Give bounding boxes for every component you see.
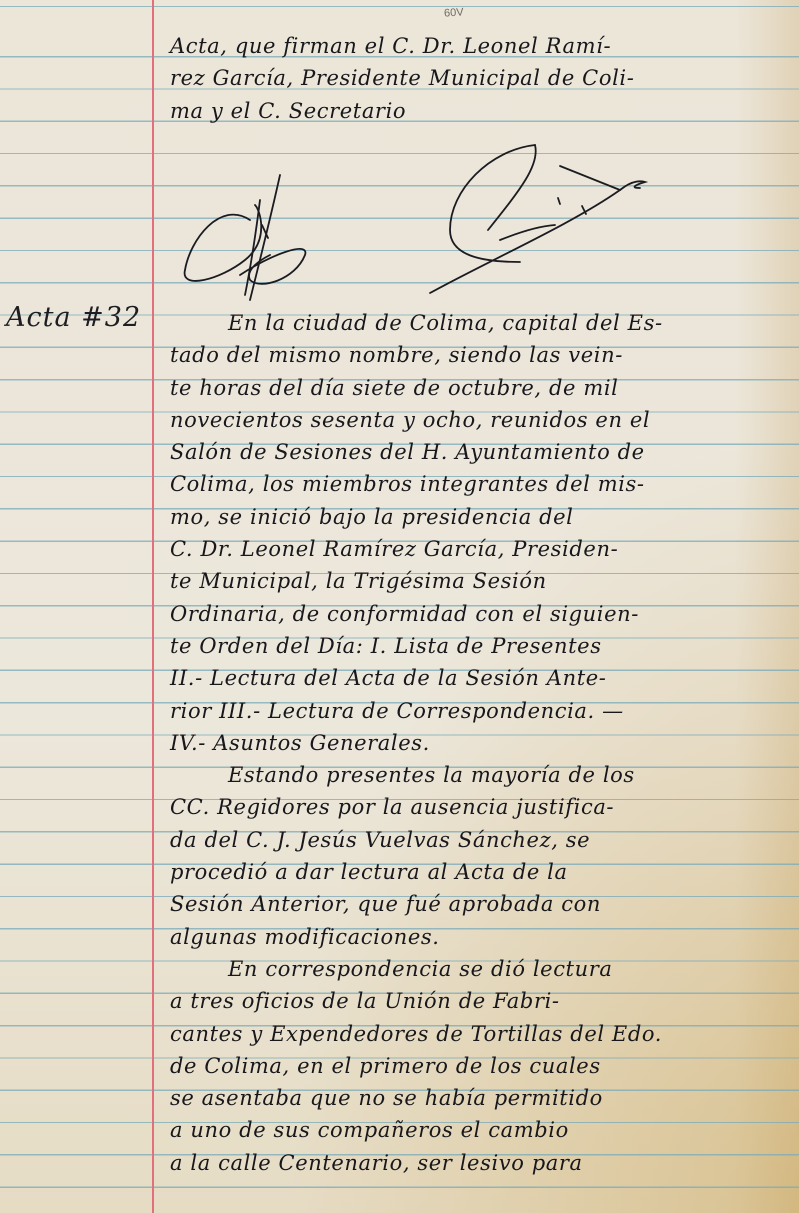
handwritten-line: ma y el C. Secretario — [170, 95, 790, 127]
handwritten-line: Sesión Anterior, que fué aprobada con — [170, 888, 790, 920]
handwritten-line: tado del mismo nombre, siendo las vein- — [170, 339, 790, 371]
handwritten-line: procedió a dar lectura al Acta de la — [170, 856, 790, 888]
handwritten-line: da del C. J. Jesús Vuelvas Sánchez, se — [170, 824, 790, 856]
page-annotation: 60V — [444, 6, 464, 19]
handwritten-line: cantes y Expendedores de Tortillas del E… — [170, 1018, 790, 1050]
handwritten-line: te horas del día siete de octubre, de mi… — [170, 372, 790, 404]
handwritten-line: Salón de Sesiones del H. Ayuntamiento de — [170, 436, 790, 468]
handwritten-line: algunas modificaciones. — [170, 921, 790, 953]
handwritten-line: mo, se inició bajo la presidencia del — [170, 501, 790, 533]
handwritten-line: Estando presentes la mayoría de los — [170, 759, 790, 791]
handwritten-line: a uno de sus compañeros el cambio — [170, 1114, 790, 1146]
handwritten-line: Colima, los miembros integrantes del mis… — [170, 468, 790, 500]
handwritten-line: a tres oficios de la Unión de Fabri- — [170, 985, 790, 1017]
handwritten-line: a la calle Centenario, ser lesivo para — [170, 1147, 790, 1179]
handwritten-line: rior III.- Lectura de Correspondencia. — — [170, 695, 790, 727]
handwritten-line: En la ciudad de Colima, capital del Es- — [170, 307, 790, 339]
ledger-page: 60V Acta, que firman el C. Dr. Leonel Ra… — [0, 0, 799, 1213]
handwritten-line: de Colima, en el primero de los cuales — [170, 1050, 790, 1082]
handwritten-line: rez García, Presidente Municipal de Coli… — [170, 62, 790, 94]
minutes-number-label: Acta #32 — [6, 302, 141, 333]
minutes-body: En la ciudad de Colima, capital del Es- … — [170, 307, 790, 1179]
handwritten-line: II.- Lectura del Acta de la Sesión Ante- — [170, 662, 790, 694]
signature-strokes — [150, 130, 750, 310]
closing-paragraph: Acta, que firman el C. Dr. Leonel Ramí- … — [170, 30, 790, 127]
signatures — [150, 130, 750, 310]
handwritten-line: te Municipal, la Trigésima Sesión — [170, 565, 790, 597]
handwritten-line: se asentaba que no se había permitido — [170, 1082, 790, 1114]
handwritten-line: te Orden del Día: I. Lista de Presentes — [170, 630, 790, 662]
handwritten-line: Acta, que firman el C. Dr. Leonel Ramí- — [170, 30, 790, 62]
signature-right — [430, 145, 645, 293]
signature-left — [185, 175, 306, 300]
handwritten-line: CC. Regidores por la ausencia justifica- — [170, 791, 790, 823]
handwritten-line: IV.- Asuntos Generales. — [170, 727, 790, 759]
handwritten-line: novecientos sesenta y ocho, reunidos en … — [170, 404, 790, 436]
handwritten-line: Ordinaria, de conformidad con el siguien… — [170, 598, 790, 630]
handwritten-line: C. Dr. Leonel Ramírez García, Presiden- — [170, 533, 790, 565]
handwritten-line: En correspondencia se dió lectura — [170, 953, 790, 985]
